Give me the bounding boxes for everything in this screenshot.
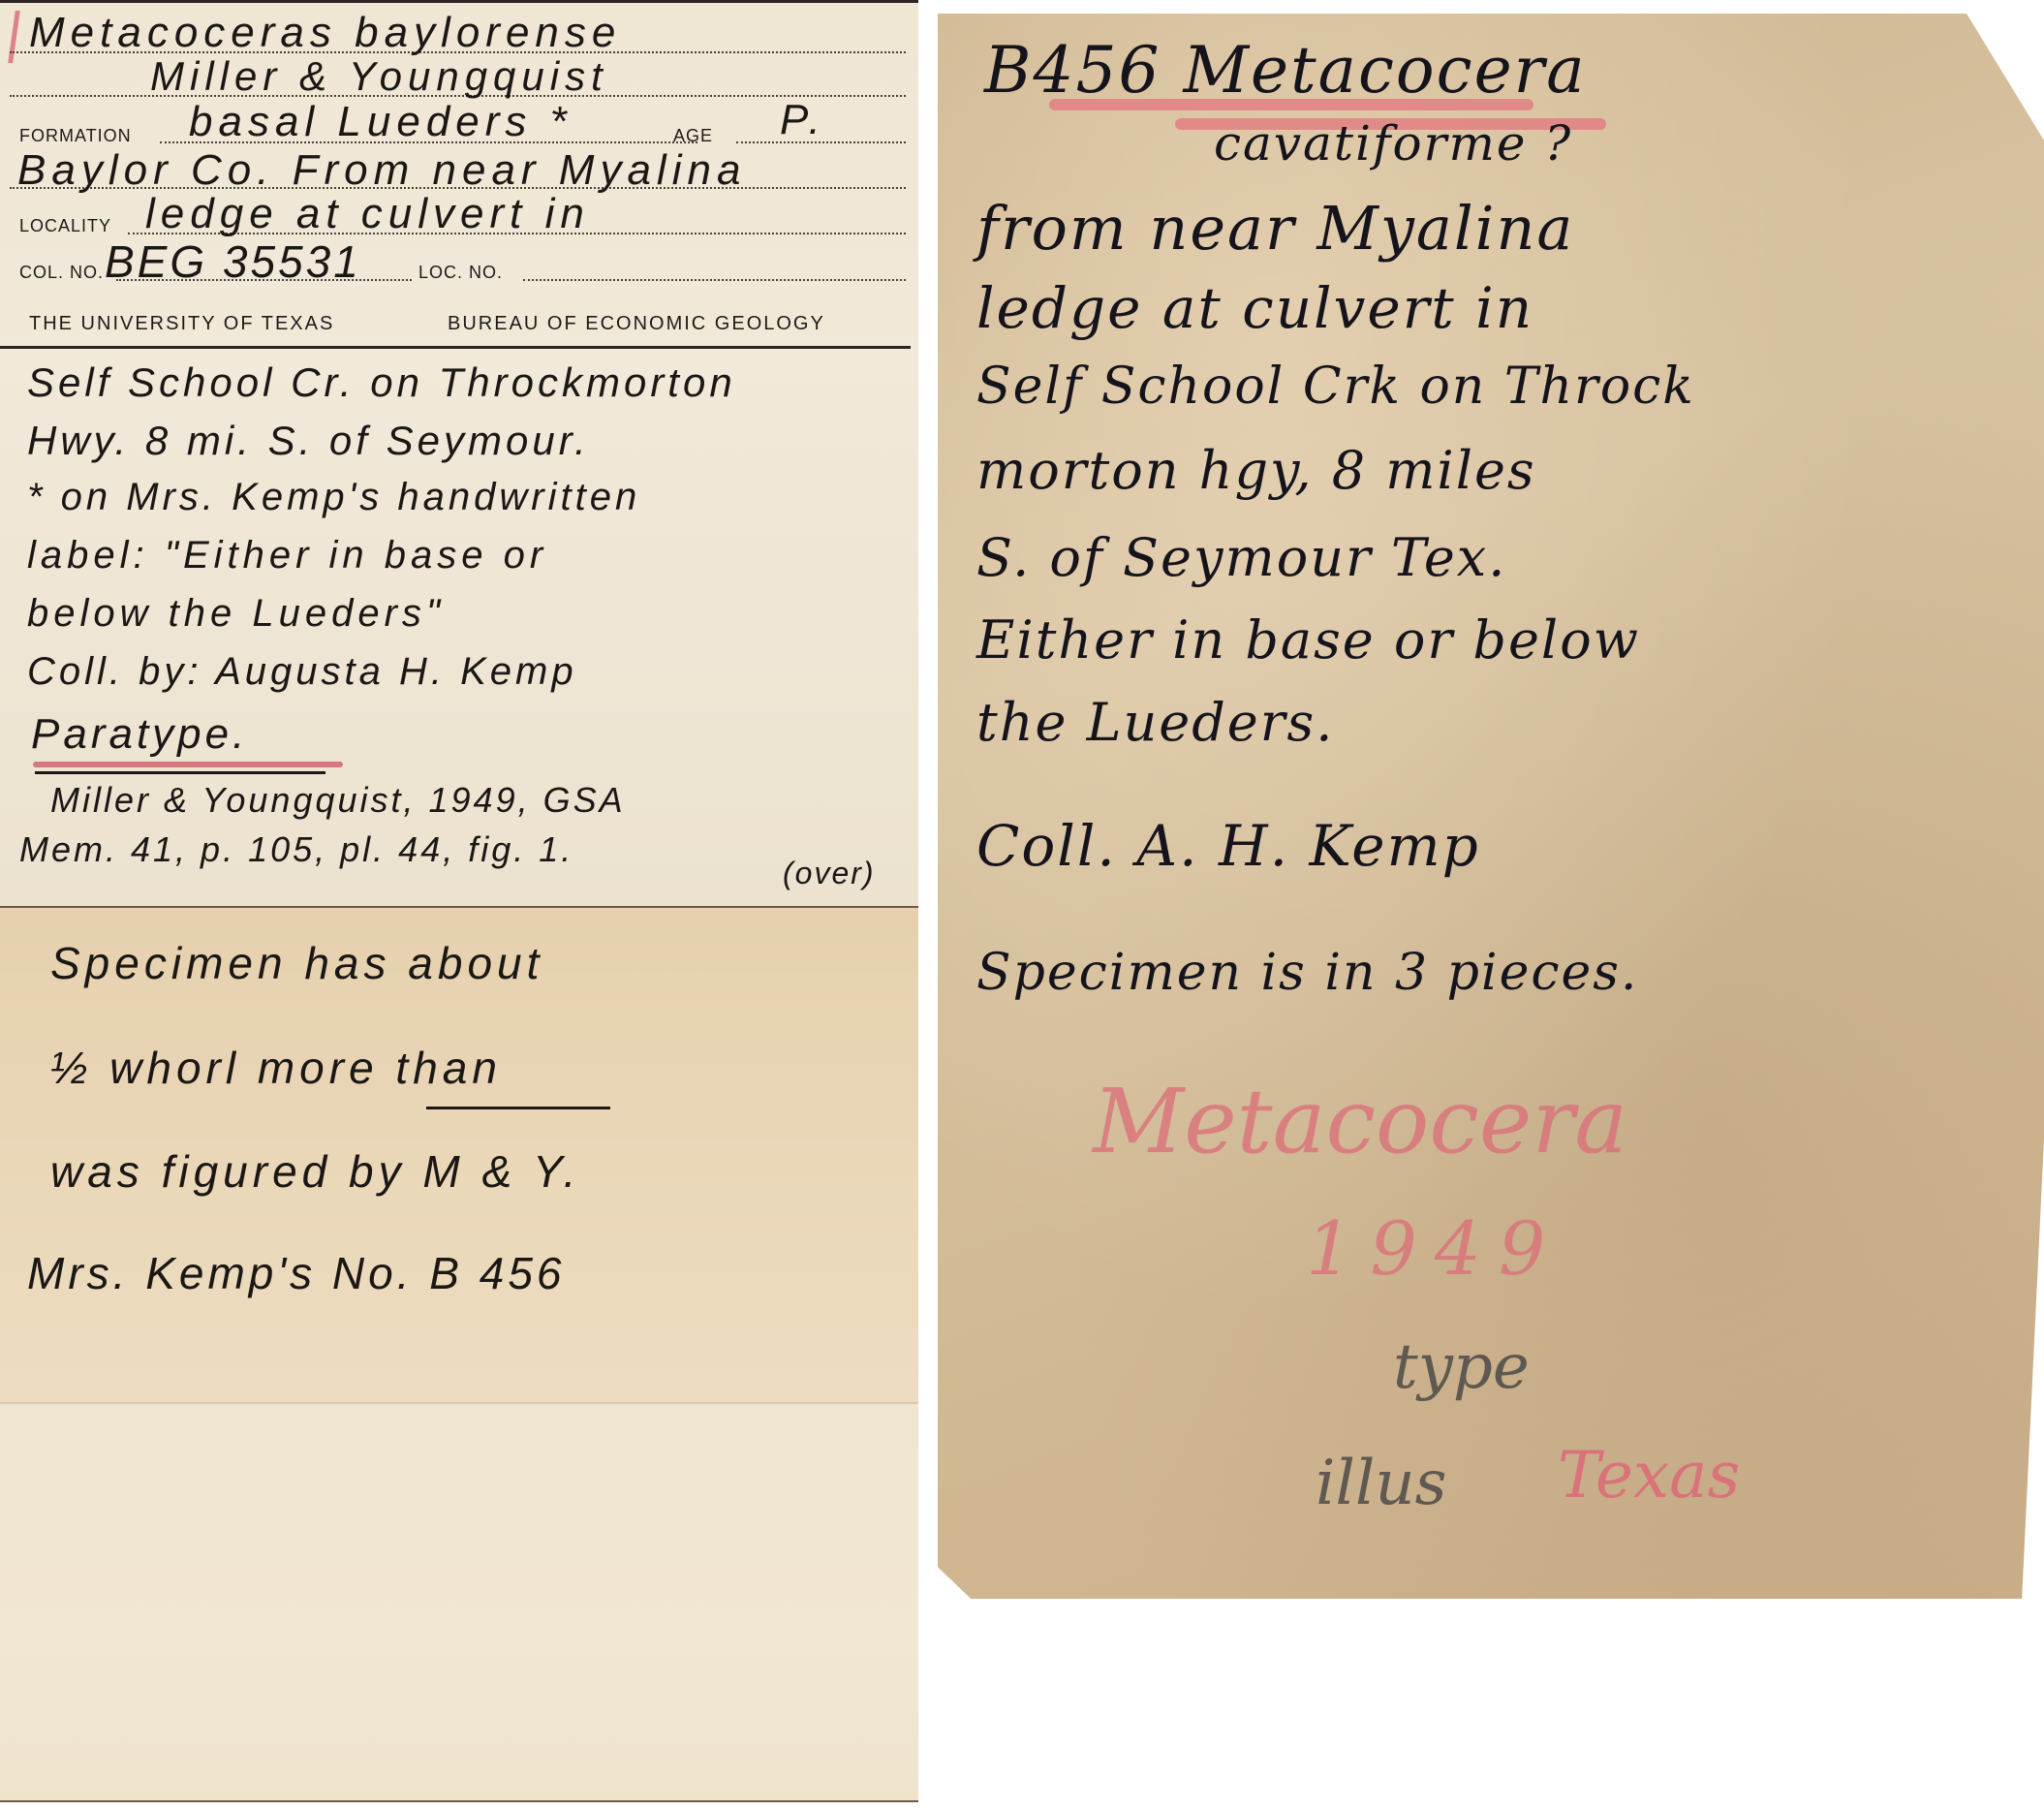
note-line: Self School Cr. on Throckmorton [27,359,736,406]
red-signature: Texas [1558,1438,1740,1513]
paratype-label: Paratype. [31,710,248,759]
card-fold-blank [0,1402,918,1802]
species-name: Metacoceras baylorense [29,9,621,57]
loc-no-label: LOC. NO. [418,263,503,283]
header-rule [0,346,911,349]
back-note-line: Specimen has about [50,937,543,989]
note-line: below the Lueders" [27,592,445,636]
locality-label: LOCALITY [19,216,111,236]
over-mark: (over) [783,856,876,891]
back-note-card: Specimen has about ½ whorl more than was… [0,906,918,1402]
note-line: Hwy. 8 mi. S. of Seymour. [27,418,590,464]
locality-line-2: ledge at culvert in [145,190,590,238]
dotted-line [523,279,906,281]
formation-label: FORMATION [19,126,132,146]
more-underline [426,1107,610,1109]
species-authors: Miller & Youngquist [150,53,608,100]
institution-name: THE UNIVERSITY OF TEXAS [29,313,334,335]
kraft-line: the Lueders. [976,692,1334,753]
citation-line: Miller & Youngquist, 1949, GSA [50,780,626,821]
pencil-type-note: type [1393,1331,1530,1403]
kraft-collector: Coll. A. H. Kemp [976,813,1480,879]
citation-line: Mem. 41, p. 105, pl. 44, fig. 1. [19,829,573,870]
kraft-line: ledge at culvert in [976,275,1533,341]
back-note-line: was figured by M & Y. [50,1145,580,1198]
back-note-line: ½ whorl more than [50,1042,502,1094]
kraft-line: morton hgy, 8 miles [976,440,1536,501]
age-value: P. [780,96,826,144]
red-pencil-year: 1949 [1306,1205,1563,1292]
note-line: * on Mrs. Kemp's handwritten [27,476,640,519]
department-name: BUREAU OF ECONOMIC GEOLOGY [448,313,825,335]
collector-line: Coll. by: Augusta H. Kemp [27,650,577,694]
kraft-line-title: B456 Metacocera [984,33,1587,108]
locality-line-1: Baylor Co. From near Myalina [17,146,746,195]
formation-value: basal Lueders * [189,98,573,146]
kraft-paper-label: B456 Metacocera cavatiforme ? from near … [938,14,2044,1599]
kraft-line: Either in base or below [976,609,1640,671]
kraft-pieces-note: Specimen is in 3 pieces. [976,944,1638,1002]
kraft-line: S. of Seymour Tex. [976,527,1506,588]
specimen-index-card: Metacoceras baylorense Miller & Youngqui… [0,0,918,906]
red-pencil-genus: Metacocera [1093,1070,1627,1173]
kraft-line: from near Myalina [976,193,1574,264]
paratype-underline [35,771,325,774]
col-no-value: BEG 35531 [105,235,361,288]
col-no-label: COL. NO. [19,263,104,283]
note-line: label: "Either in base or [27,534,547,577]
red-pencil-underline [33,762,343,767]
age-label: AGE [673,126,713,146]
kemp-number: Mrs. Kemp's No. B 456 [27,1247,566,1299]
kraft-line: Self School Crk on Throck [976,358,1695,416]
kraft-line-species: cavatiforme ? [1214,115,1572,172]
pencil-illus-note: illus [1316,1448,1446,1519]
